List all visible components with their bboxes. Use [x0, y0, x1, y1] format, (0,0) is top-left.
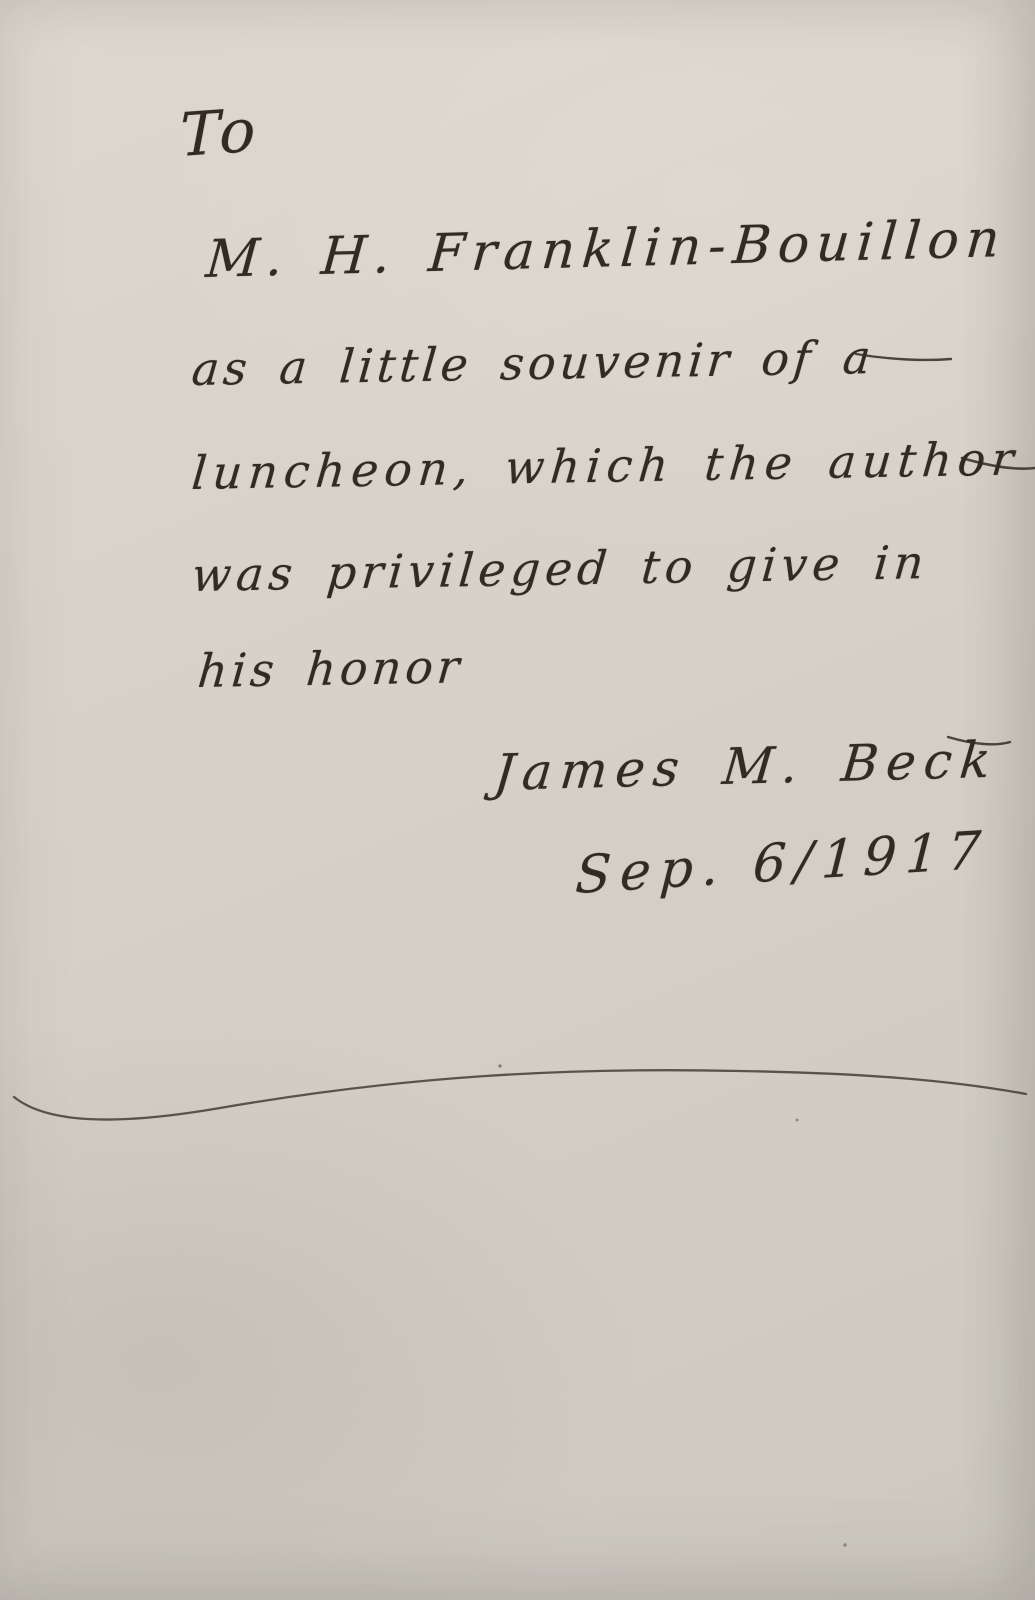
- inscription-line-body-2: luncheon, which the author: [190, 435, 1022, 496]
- inscription-line-signature: James M. Beck: [492, 735, 1001, 798]
- book-page-photo: To M. H. Franklin-Bouillon as a little s…: [0, 0, 1035, 1600]
- inscription-line-salutation: To: [180, 100, 259, 166]
- ink-speck: [843, 1543, 847, 1547]
- pen-flourish-line: [14, 1070, 1026, 1119]
- inscription-line-body-4: his honor: [196, 643, 465, 694]
- inscription-line-body-3: was privileged to give in: [190, 539, 931, 598]
- ink-speck: [498, 1064, 501, 1067]
- inscription-line-date: Sep. 6/1917: [574, 824, 991, 902]
- ink-speck: [796, 1119, 799, 1122]
- inscription-line-recipient: M. H. Franklin-Bouillon: [204, 213, 1008, 286]
- inscription-line-body-1: as a little souvenir of a: [190, 334, 876, 392]
